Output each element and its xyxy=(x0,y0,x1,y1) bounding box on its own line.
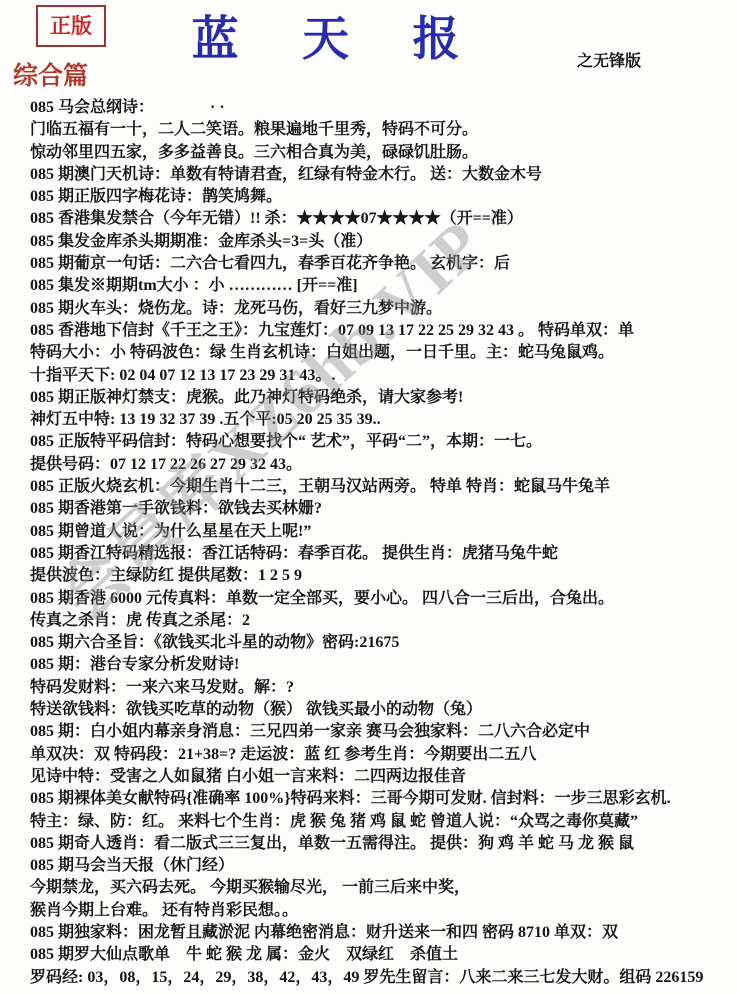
text-line: 085 期：港台专家分析发财诗! xyxy=(30,654,733,676)
page-title: 蓝 天 报 xyxy=(0,2,677,69)
text-line: 特主：绿、防：红。 来料七个生肖：虎 猴 兔 猪 鸡 鼠 蛇 曾道人说：“众骂之… xyxy=(30,811,733,833)
text-line: 085 期：白小姐内幕亲身消息：三兄四弟一家亲 赛马会独家料：二八六合必定中 xyxy=(30,721,733,743)
newspaper-page: 正版 蓝 天 报 之无锋版 综合篇 085 马会总纲诗： · ·门临五福有一十，… xyxy=(0,0,737,994)
text-line: 085 期正版四字梅花诗：鹊笑鸠舞。 xyxy=(30,186,733,208)
text-line: 特送欲钱料：欲钱买吃草的动物（猴） 欲钱买最小的动物（兔） xyxy=(30,699,733,721)
text-line: 085 期裸体美女献特码{准确率 100%}特码来料：三哥今期可发财. 信封料：… xyxy=(30,788,733,810)
text-line: 十指平天下: 02 04 07 12 13 17 23 29 31 43。. xyxy=(30,365,733,387)
text-line: 085 期六合圣旨：《欲钱买北斗星的动物》密码:21675 xyxy=(30,632,733,654)
text-line: 085 正版特平码信封：特码心想要找个“ 艺术”，平码“二”，本期：一七。 xyxy=(30,431,733,453)
text-line: 085 期香港 6000 元传真料：单数一定全部买，要小心。 四八合一三后出，合… xyxy=(30,588,733,610)
text-line: 传真之杀肖：虎 传真之杀尾：2 xyxy=(30,610,733,632)
text-line: 085 香港集发禁合（今年无错）!! 杀：★★★★07★★★★（开==准） xyxy=(30,208,733,230)
text-line: 惊动邻里四五家，多多益善良。三六相合真为美，碌碌饥肚肠。 xyxy=(30,142,733,164)
text-line: 提供号码：07 12 17 22 26 27 29 32 43。 xyxy=(30,454,733,476)
text-line: 085 正版火烧玄机：今期生肖十二三，王朝马汉站两旁。 特单 特肖：蛇鼠马牛兔羊 xyxy=(30,476,733,498)
text-line: 猴肖今期上台难。 还有特肖彩民想。。 xyxy=(30,900,733,922)
text-line: 085 期奇人透肖：看二版式三三复出，单数一五需得注。 提供：狗 鸡 羊 蛇 马… xyxy=(30,833,733,855)
text-line: 085 集发※期期tm大小 ：小 ………… [开==准] xyxy=(30,275,733,297)
text-line: 085 期葡京一句话：二六合七看四九，春季百花齐争艳。 玄机字：后 xyxy=(30,253,733,275)
text-line: 今期禁龙，买六码去死。 今期买猴输尽光， 一前三后来中奖， xyxy=(30,877,733,899)
text-line: 085 期火车头：烧伤龙。诗：龙死马伤，看好三九梦中游。 xyxy=(30,298,733,320)
text-line: 085 期独家料：困龙暂且藏淤泥 内幕绝密消息：财升送来一和四 密码 8710 … xyxy=(30,922,733,944)
text-line: 单双决：双 特码段：21+38=? 走运波：蓝 红 参考生肖：今期要出二五八 xyxy=(30,744,733,766)
text-line: 门临五福有一十，二人二笑语。粮果遍地千里秀，特码不可分。 xyxy=(30,119,733,141)
text-line: 085 期澳门天机诗：单数有特请君查，红绿有特金木行。 送：大数金木号 xyxy=(30,164,733,186)
content-lines: 085 马会总纲诗： · ·门临五福有一十，二人二笑语。粮果遍地千里秀，特码不可… xyxy=(30,97,733,989)
text-line: 提供波色：主绿防红 提供尾数：1 2 5 9 xyxy=(30,565,733,587)
text-line: 神灯五中特: 13 19 32 37 39 .五个平:05 20 25 35 3… xyxy=(30,409,733,431)
text-line: 085 香港地下信封《千王之王》：九宝莲灯：07 09 13 17 22 25 … xyxy=(30,320,733,342)
text-line: 085 期香港第一手欲钱料：欲钱去买林姗? xyxy=(30,498,733,520)
section-heading: 综合篇 xyxy=(13,56,88,92)
text-line: 085 马会总纲诗： · · xyxy=(30,97,733,119)
text-line: 085 期曾道人说：为什么星星在天上呢!” xyxy=(30,521,733,543)
text-line: 085 集发金库杀头期期准：金库杀头=3=头（准） xyxy=(30,231,733,253)
text-line: 085 期香江特码精选报：香江话特码：春季百花。 提供生肖：虎猪马兔牛蛇 xyxy=(30,543,733,565)
text-line: 罗码经: 03，08，15，24，29，38，42，43，49 罗先生留言：八来… xyxy=(30,967,733,989)
text-line: 特码发财料：一来六来马发财。解：? xyxy=(30,677,733,699)
text-line: 085 期马会当天报（休门经） xyxy=(30,855,733,877)
edition-label: 之无锋版 xyxy=(577,48,641,71)
text-line: 见诗中特：受害之人如鼠猪 白小姐一言来料：二四两边报佳音 xyxy=(30,766,733,788)
text-line: 085 期罗大仙点歌单 牛 蛇 猴 龙 属：金火 双绿红 杀值土 xyxy=(30,944,733,966)
text-line: 085 期正版神灯禁支：虎猴。此乃神灯特码绝杀，请大家参考! xyxy=(30,387,733,409)
text-line: 特码大小：小 特码波色：绿 生肖玄机诗：白姐出题，一日千里。主：蛇马兔鼠鸡。 xyxy=(30,342,733,364)
